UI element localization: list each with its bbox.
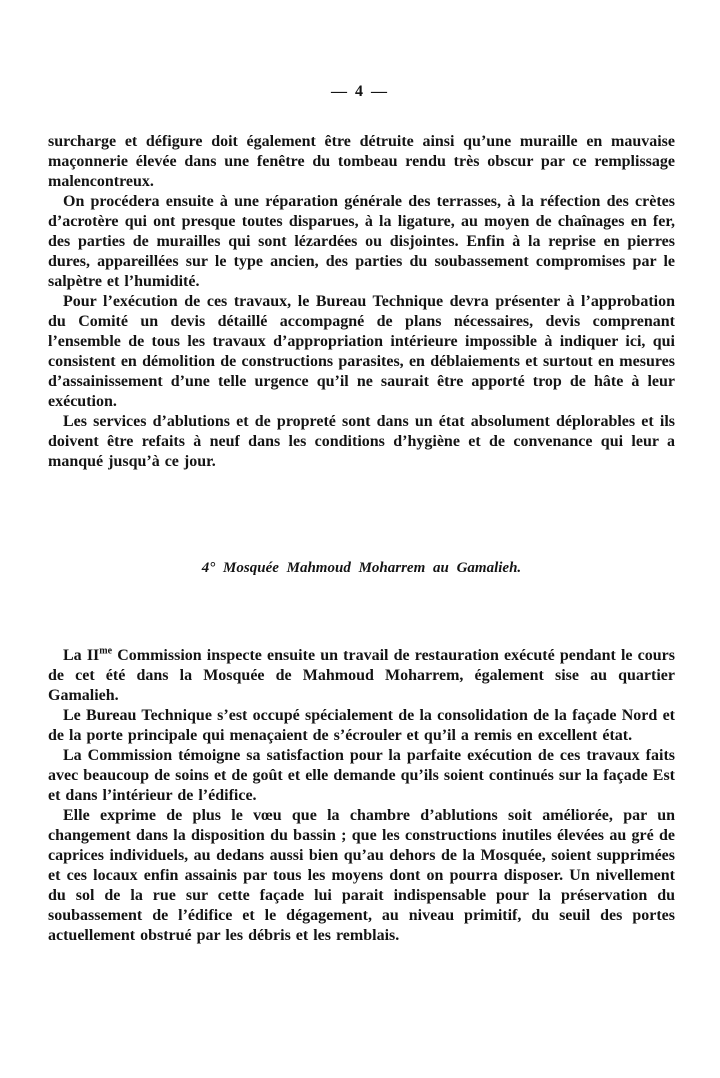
paragraph-voeu: Elle exprime de plus le vœu que la chamb… bbox=[48, 806, 675, 946]
paragraph-text-prefix: La II bbox=[63, 647, 99, 664]
page-number: — 4 — bbox=[0, 83, 720, 101]
paragraph-ablutions: Les services d’ablutions et de propreté … bbox=[48, 412, 675, 472]
document-page: — 4 — surcharge et défigure doit égaleme… bbox=[0, 0, 720, 1078]
paragraph-surcharge: surcharge et défigure doit également êtr… bbox=[48, 132, 675, 192]
section-title: Mosquée Mahmoud Moharrem au Gamalieh. bbox=[223, 560, 521, 576]
paragraph-terrasses: On procédera ensuite à une réparation gé… bbox=[48, 192, 675, 292]
page-body: surcharge et défigure doit également êtr… bbox=[48, 132, 675, 946]
paragraph-devis: Pour l’exécution de ces travaux, le Bure… bbox=[48, 292, 675, 412]
section-number: 4° bbox=[202, 560, 216, 576]
ordinal-superscript: me bbox=[99, 646, 112, 657]
paragraph-text-rest: Commission inspecte ensuite un travail d… bbox=[48, 647, 675, 704]
paragraph-commission-inspecte: La IIme Commission inspecte ensuite un t… bbox=[48, 646, 675, 706]
section-heading: 4° Mosquée Mahmoud Moharrem au Gamalieh. bbox=[48, 558, 675, 578]
paragraph-satisfaction: La Commission témoigne sa satisfaction p… bbox=[48, 746, 675, 806]
paragraph-bureau-technique: Le Bureau Technique s’est occupé spécial… bbox=[48, 706, 675, 746]
